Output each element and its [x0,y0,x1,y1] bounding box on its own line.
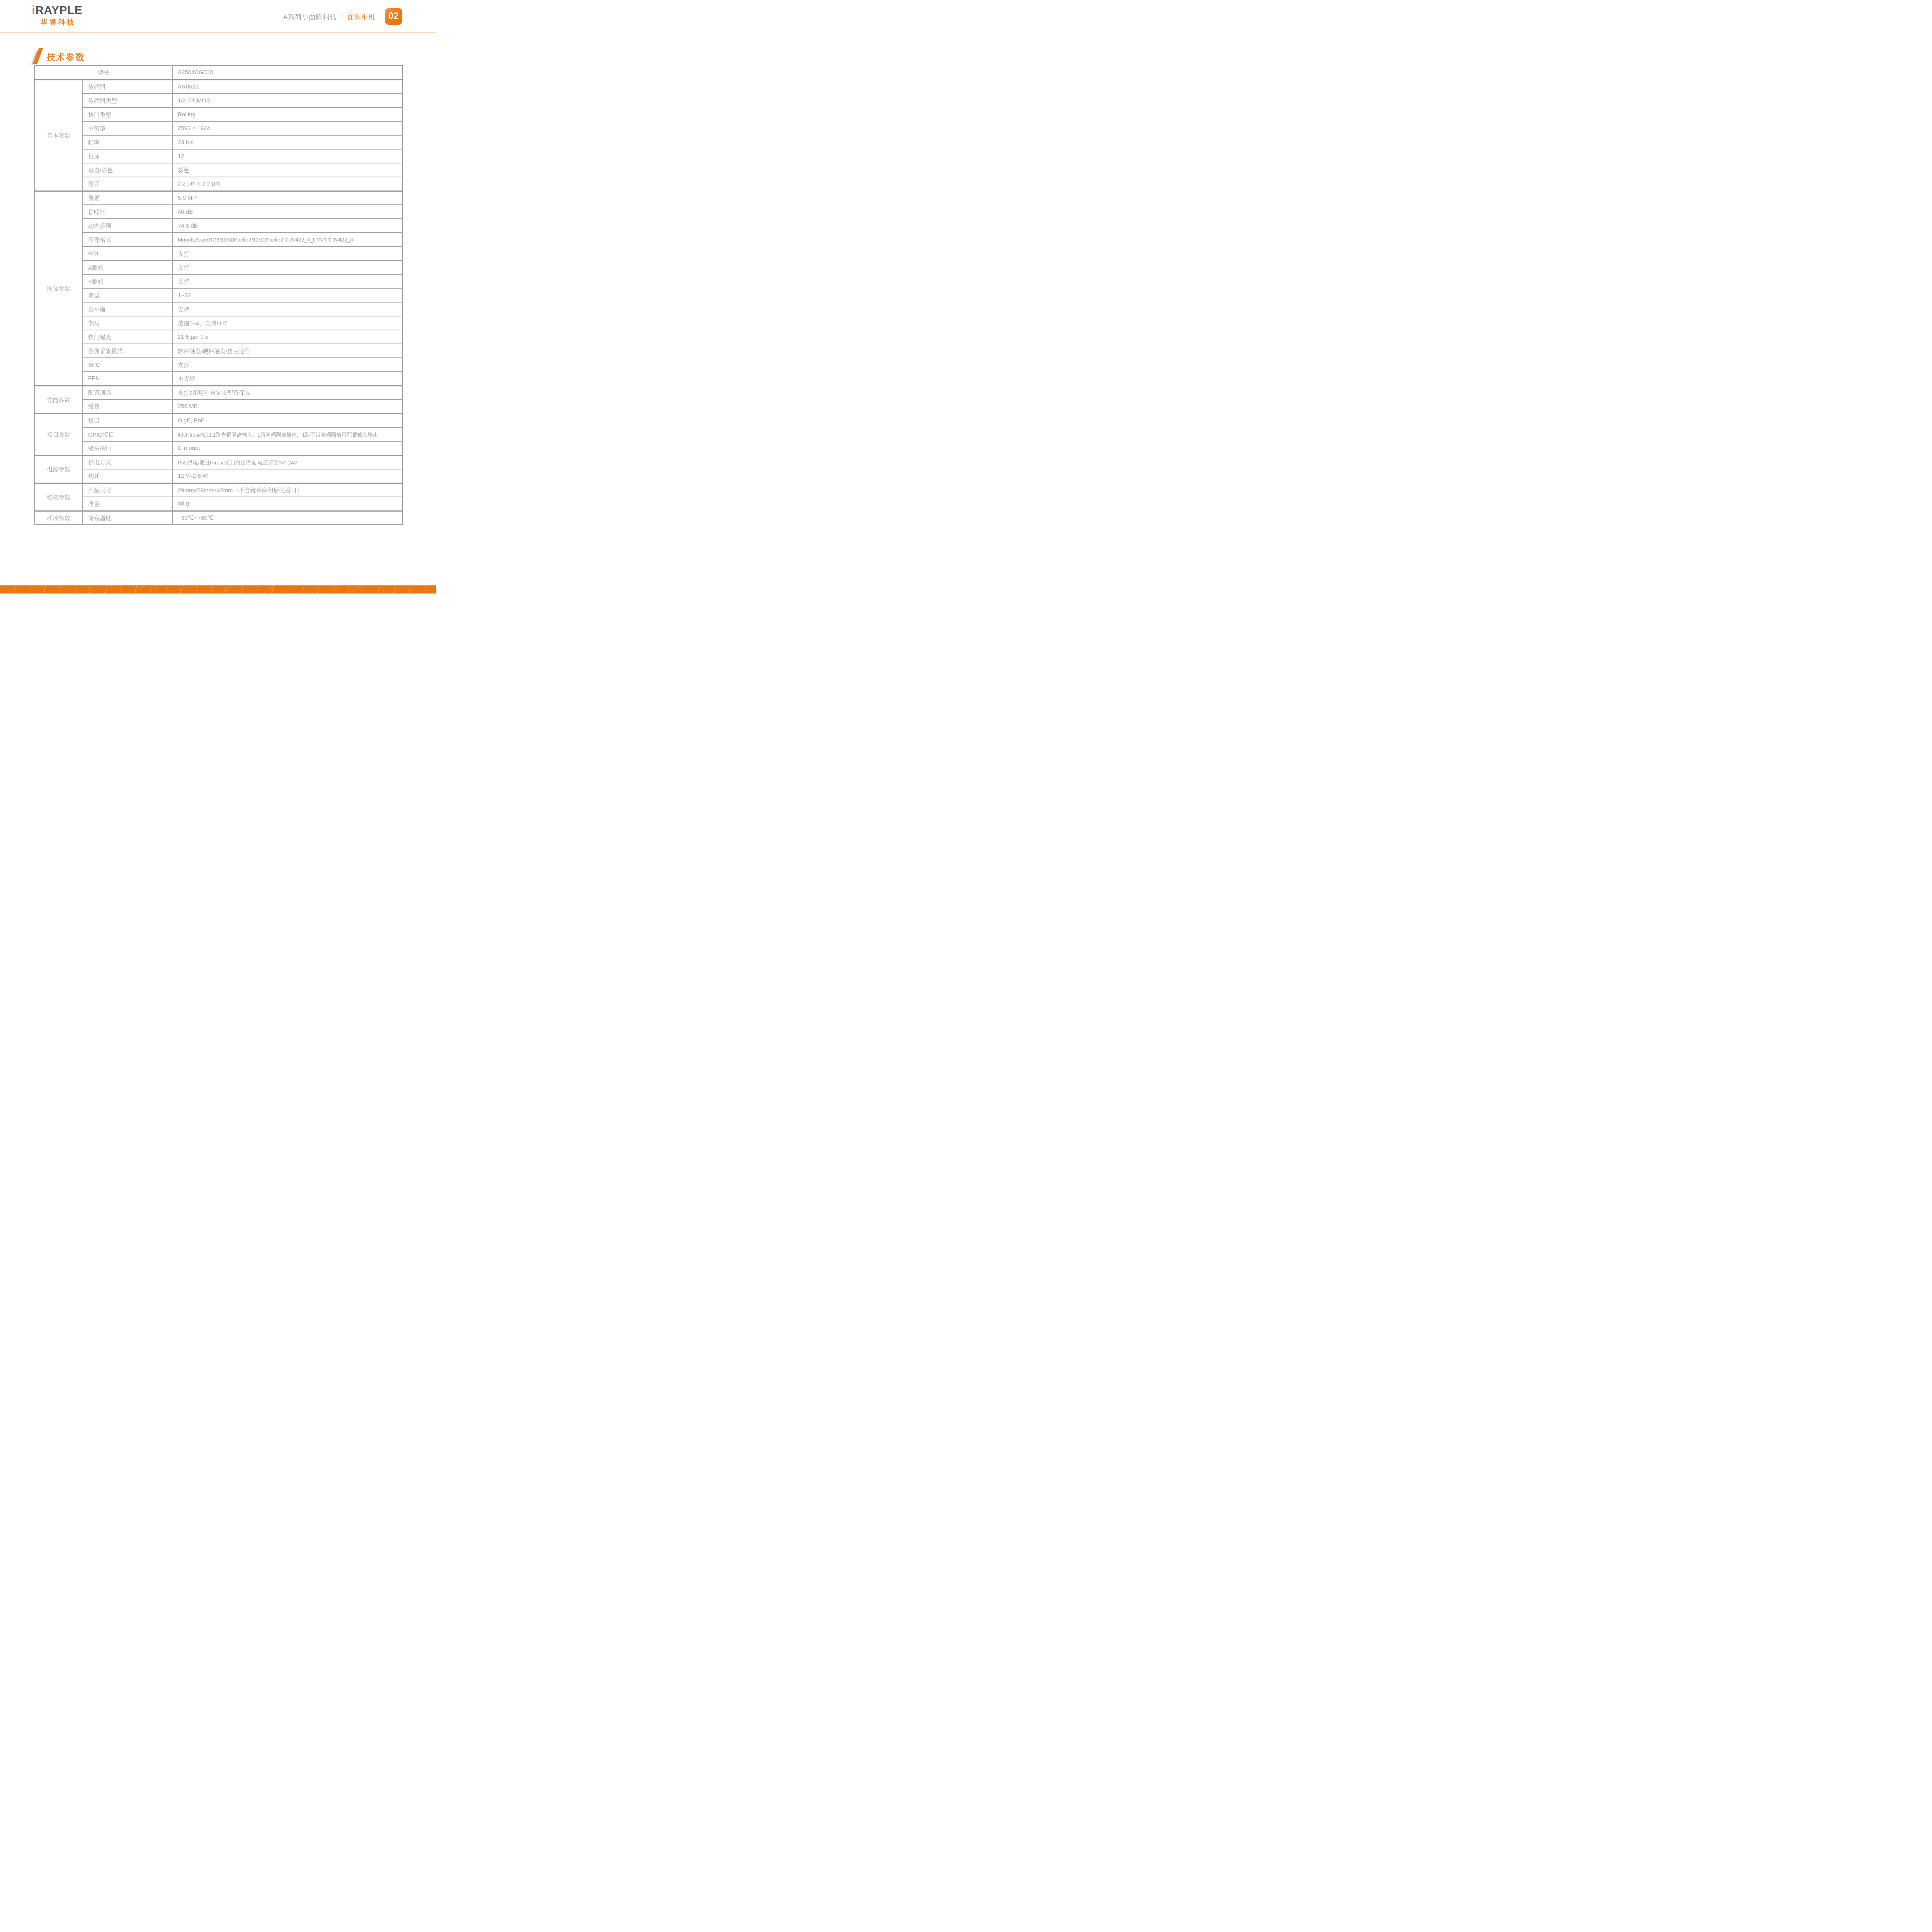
table-row: 帧率23 fps [34,135,403,149]
spec-value: AR0521 [172,80,403,94]
spec-value: - 30℃~+80℃ [172,511,403,525]
spec-value: 支持2组用户自定义配置保存 [172,386,403,400]
spec-param: 储存温度 [83,511,172,525]
brand-logo: iRAYPLE 华睿科技 [30,4,84,27]
spec-value: 5.0 MP [172,191,403,205]
logo-rest-letters: RAYPLE [35,4,82,17]
spec-param: 镜头接口 [83,441,172,455]
spec-value: 范围0~4，支持LUT [172,316,403,330]
spec-value: 21.5 μs~1 s [172,330,403,344]
header-divider [342,12,342,20]
table-row: 增益1~32 [34,288,403,302]
header-right-group: A系列小面阵相机 面阵相机 02 [283,0,402,32]
table-row: 图像采集模式软件触发/硬件触发/自由运行 [34,344,403,358]
spec-value: 支持 [172,260,403,274]
table-row: 分辨率2592 × 1944 [34,121,403,135]
table-row: SPC支持 [34,358,403,372]
spec-value: 12 V≈2.8 W [172,469,403,483]
series-title: A系列小面阵相机 [283,12,337,21]
footer-band [0,585,436,594]
spec-category: 环境参数 [34,511,83,525]
model-label: 型号 [34,66,172,80]
spec-value: 支持 [172,247,403,260]
table-row: 伽马范围0~4，支持LUT [34,316,403,330]
spec-value: 支持 [172,358,403,372]
table-row: 性能参数配置通道支持2组用户自定义配置保存 [34,386,403,400]
spec-value: 支持 [172,302,403,316]
spec-param: 像元 [83,177,172,191]
page-number-badge: 02 [385,8,402,25]
spec-param: 供电方式 [83,455,172,469]
spec-param: 增益 [83,288,172,302]
spec-param: SPC [83,358,172,372]
spec-value: 6芯Hirose接口:1路光耦隔离输入，1路光耦隔离输出，1路不带光耦隔离可配置… [172,427,403,441]
spec-param: 信噪比 [83,205,172,219]
spec-param: 快门类型 [83,107,172,121]
spec-value: Rolling [172,107,403,121]
spec-value: 彩色 [172,163,403,177]
table-row: 接口参数接口GigE, PoE [34,413,403,427]
table-row: GPIO接口6芯Hirose接口:1路光耦隔离输入，1路光耦隔离输出，1路不带光… [34,427,403,441]
spec-param: 伽马 [83,316,172,330]
spec-param: 像素 [83,191,172,205]
spec-param: 分辨率 [83,121,172,135]
table-row: 基本参数传感器AR0521 [34,80,403,94]
header-rule [0,32,436,33]
table-row: 位深12 [34,149,403,163]
spec-param: 图像格式 [83,233,172,247]
slash-icon [33,48,42,65]
spec-category: 图像参数 [34,191,83,386]
spec-value: 23 fps [172,135,403,149]
table-row: 黑白/彩色彩色 [34,163,403,177]
spec-param: 位深 [83,149,172,163]
spec-param: 帧率 [83,135,172,149]
table-row: Y翻转支持 [34,274,403,288]
spec-param: FPN [83,372,172,386]
table-row: 缓存256 MB [34,400,403,413]
spec-category: 性能参数 [34,386,83,413]
spec-param: 产品尺寸 [83,483,172,497]
spec-param: 配置通道 [83,386,172,400]
model-header-row: 型号 A3504CG000 [34,66,403,80]
spec-param: 接口 [83,413,172,427]
table-row: 动态范围74.3 dB [34,219,403,233]
page-header: iRAYPLE 华睿科技 A系列小面阵相机 面阵相机 02 [0,0,436,32]
logo-wordmark: iRAYPLE [30,4,84,17]
logo-chinese-name: 华睿科技 [30,17,84,27]
spec-param: X翻转 [83,260,172,274]
spec-value: 软件触发/硬件触发/自由运行 [172,344,403,358]
spec-param: 净重 [83,497,172,511]
spec-value: 不支持 [172,372,403,386]
table-row: 图像格式Mono8,BayerRG8/10/10Packed/12/12Pack… [34,233,403,247]
table-row: ROI支持 [34,247,403,260]
spec-param: 黑白/彩色 [83,163,172,177]
table-row: 电源参数供电方式PoE供电/通过Hirose接口直流供电,电压范围9V~24V [34,455,403,469]
spec-value: 29mm×29mm×42mm（不含镜头座和后壳接口） [172,483,403,497]
spec-param: 动态范围 [83,219,172,233]
table-row: 快门曝光21.5 μs~1 s [34,330,403,344]
spec-value: PoE供电/通过Hirose接口直流供电,电压范围9V~24V [172,455,403,469]
spec-category: 接口参数 [34,413,83,455]
spec-value: 1~32 [172,288,403,302]
spec-category: 结构参数 [34,483,83,511]
spec-param: 图像采集模式 [83,344,172,358]
spec-param: GPIO接口 [83,427,172,441]
spec-value: 2.2 μm × 2.2 μm [172,177,403,191]
spec-param: 白平衡 [83,302,172,316]
category-label: 面阵相机 [347,12,375,21]
spec-value: 74.3 dB [172,219,403,233]
spec-value: 256 MB [172,400,403,413]
spec-value: C-mount [172,441,403,455]
table-row: 传感器类型1/2.5"CMOS [34,94,403,107]
table-row: 结构参数产品尺寸29mm×29mm×42mm（不含镜头座和后壳接口） [34,483,403,497]
spec-value: 40 dB [172,205,403,219]
model-value: A3504CG000 [172,66,403,80]
spec-param: 传感器 [83,80,172,94]
table-row: 信噪比40 dB [34,205,403,219]
spec-category: 基本参数 [34,80,83,191]
spec-table: 型号 A3504CG000 基本参数传感器AR0521传感器类型1/2.5"CM… [34,65,403,525]
table-row: 像元2.2 μm × 2.2 μm [34,177,403,191]
spec-value: 1/2.5"CMOS [172,94,403,107]
table-row: 图像参数像素5.0 MP [34,191,403,205]
spec-param: 功耗 [83,469,172,483]
spec-param: 缓存 [83,400,172,413]
table-row: FPN不支持 [34,372,403,386]
spec-value: Mono8,BayerRG8/10/10Packed/12/12Packed,Y… [172,233,403,247]
spec-param: 快门曝光 [83,330,172,344]
spec-param: Y翻转 [83,274,172,288]
spec-value: GigE, PoE [172,413,403,427]
table-row: X翻转支持 [34,260,403,274]
page-title: 技术参数 [46,50,85,63]
table-row: 白平衡支持 [34,302,403,316]
table-row: 功耗12 V≈2.8 W [34,469,403,483]
table-row: 快门类型Rolling [34,107,403,121]
spec-value: 12 [172,149,403,163]
spec-value: 88 g [172,497,403,511]
spec-param: 传感器类型 [83,94,172,107]
section-title-block: 技术参数 [33,48,85,65]
table-row: 镜头接口C-mount [34,441,403,455]
spec-value: 2592 × 1944 [172,121,403,135]
spec-value: 支持 [172,274,403,288]
table-row: 环境参数储存温度- 30℃~+80℃ [34,511,403,525]
table-row: 净重88 g [34,497,403,511]
spec-category: 电源参数 [34,455,83,483]
spec-param: ROI [83,247,172,260]
